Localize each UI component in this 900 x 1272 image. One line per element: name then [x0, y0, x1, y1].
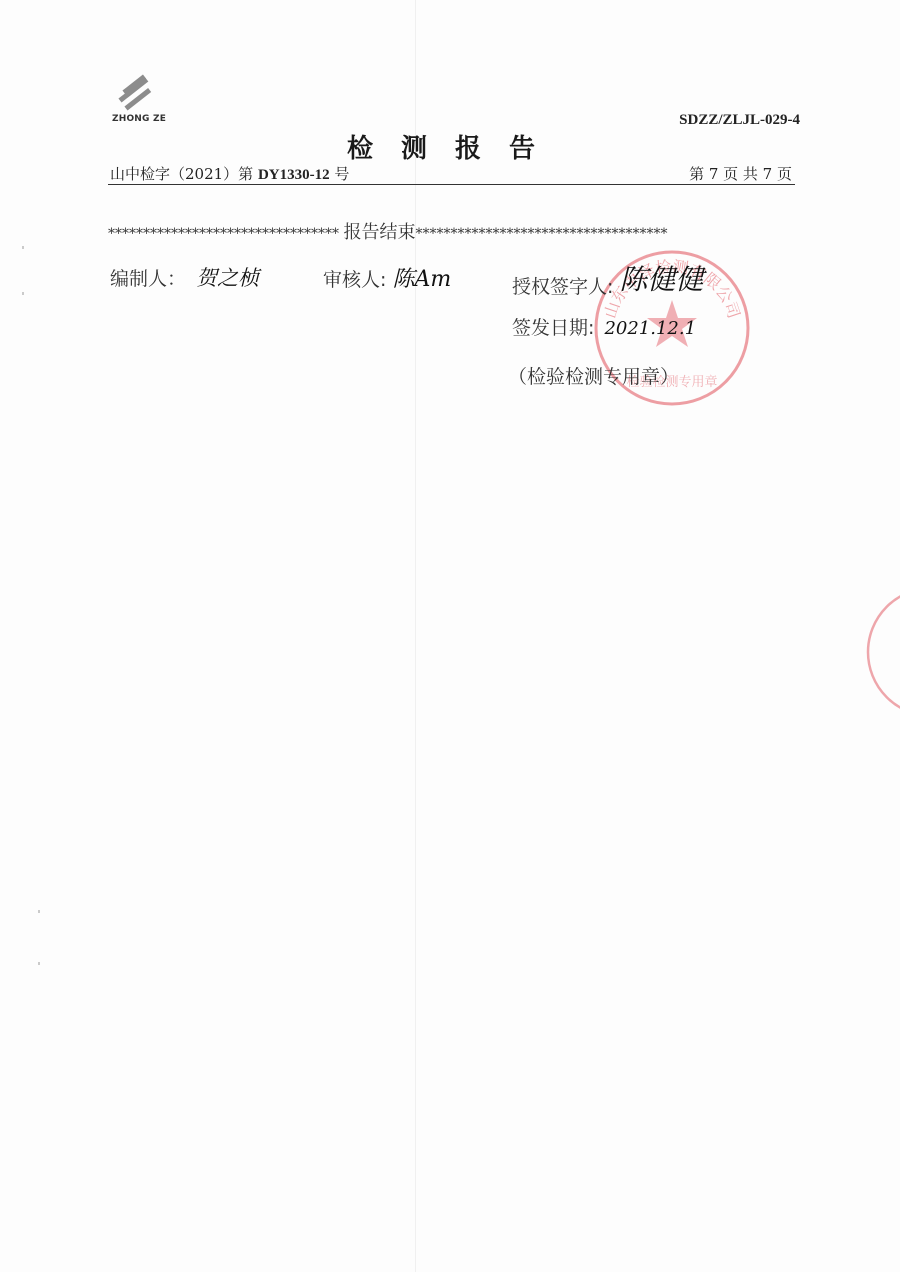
issue-date-label: 签发日期:: [512, 317, 594, 339]
scan-artifact: [22, 292, 24, 295]
compiler-label: 编制人：: [110, 268, 186, 290]
signatory-row: 授权签字人: 陈健健: [512, 262, 703, 302]
report-number-prefix: 山中检字（2021）第: [110, 165, 253, 183]
scan-artifact: [22, 246, 24, 249]
logo-text: ZHONG ZE: [112, 114, 166, 124]
paper-fold-line: [415, 0, 416, 1272]
scan-artifact: [38, 910, 40, 913]
header-divider: [108, 184, 795, 185]
report-end-marker: ********************************* 报告结束**…: [108, 218, 798, 244]
end-marker-stars-right: ************************************: [415, 226, 667, 242]
scan-artifact: [38, 962, 40, 965]
page-indicator: 第 7 页 共 7 页: [689, 163, 792, 184]
document-title: 检测报告: [0, 128, 900, 165]
signatory-signature: 陈健健: [619, 263, 703, 296]
compiler-signature: 贺之桢: [196, 266, 259, 290]
report-number-value: DY1330-12: [258, 167, 330, 183]
seal-caption: （检验检测专用章）: [508, 362, 679, 389]
issue-date-value: 2021.12.1: [604, 318, 696, 339]
report-number-suffix: 号: [334, 165, 349, 183]
company-logo: ZHONG ZE: [112, 78, 172, 128]
report-number: 山中检字（2021）第 DY1330-12 号: [110, 163, 349, 184]
reviewer-row: 审核人: 陈Am: [323, 262, 451, 293]
signatory-label: 授权签字人:: [512, 276, 613, 298]
logo-mark-icon: [118, 78, 158, 112]
reviewer-signature: 陈Am: [392, 267, 451, 292]
compiler-row: 编制人： 贺之桢: [110, 262, 259, 292]
issue-date-row: 签发日期: 2021.12.1: [512, 313, 696, 340]
reviewer-label: 审核人:: [323, 269, 386, 291]
end-marker-label: 报告结束: [343, 222, 415, 243]
end-marker-stars-left: *********************************: [108, 226, 339, 242]
form-code: SDZZ/ZLJL-029-4: [679, 112, 800, 129]
edge-seal-fragment: [862, 582, 900, 722]
